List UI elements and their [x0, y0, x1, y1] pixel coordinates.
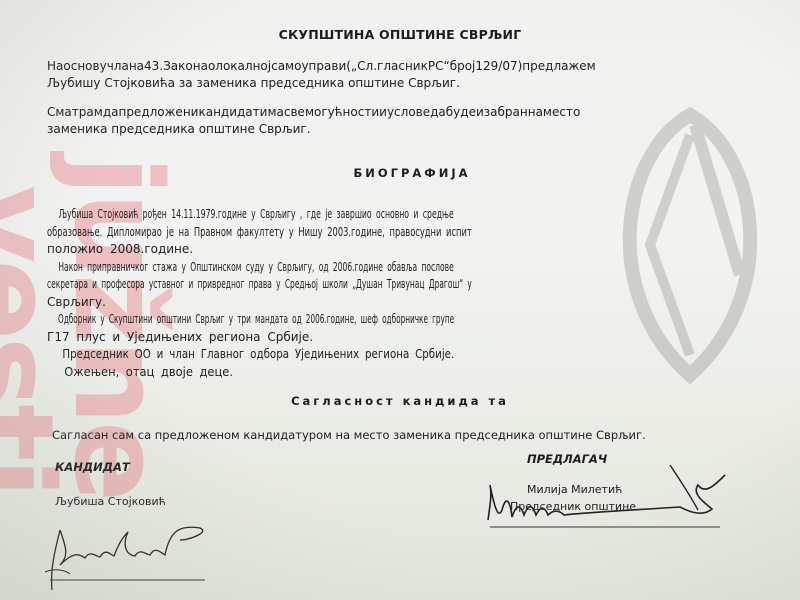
- biography-line: Председник ОО и члан Главног одбора Ујед…: [47, 346, 411, 364]
- assessment-line-1: Сматрамдапредложеникандидатимасвемогућно…: [47, 104, 472, 121]
- word: има: [260, 104, 284, 121]
- consent-statement: Сагласан сам са предложеном кандидатуром…: [52, 428, 646, 442]
- biography-line: положио 2008.године.: [47, 241, 472, 259]
- proposer-label: ПРЕДЛАГАЧ: [527, 452, 607, 466]
- biography-line: Одборник у Скупштини општини Сврљиг у тр…: [47, 311, 306, 329]
- candidate-label: КАНДИДАТ: [55, 460, 130, 474]
- word: све: [284, 104, 305, 121]
- word: кандидат: [198, 104, 259, 121]
- document-page: СКУПШТИНА ОПШТИНЕ СВРЉИГ Наосновучлана43…: [0, 0, 800, 600]
- word: на: [528, 104, 543, 121]
- word: и: [379, 104, 387, 121]
- document-title: СКУПШТИНА ОПШТИНЕ СВРЉИГ: [0, 27, 800, 42]
- word: 43.: [144, 58, 163, 75]
- biography-line: образовање. Дипломирао је на Правном фак…: [47, 224, 341, 242]
- biography-line: Сврљигу.: [47, 294, 472, 312]
- word: основу: [63, 58, 106, 75]
- proposer-role: Председник општине: [510, 500, 636, 513]
- word: предлажем: [522, 58, 595, 75]
- word: предложени: [118, 104, 198, 121]
- consent-heading: Сагласност кандида та: [0, 394, 800, 408]
- word: члана: [107, 58, 144, 75]
- biography-heading: БИОГРАФИЈА: [12, 166, 800, 180]
- assessment-paragraph: Сматрамдапредложеникандидатимасвемогућно…: [47, 104, 472, 138]
- proposer-name: Милија Милетић: [527, 483, 622, 496]
- word: Закона: [163, 58, 208, 75]
- word: могућности: [305, 104, 379, 121]
- candidate-name: Љубиша Стојковић: [55, 495, 166, 508]
- word: место: [543, 104, 580, 121]
- biography-line: Љубиша Стојковић рођен 14.11.1979.године…: [47, 206, 320, 224]
- word: 129/07): [475, 58, 522, 75]
- biography-line: Г17 плус и Уједињених региона Србије.: [47, 329, 472, 347]
- word: услове: [387, 104, 430, 121]
- word: да: [430, 104, 446, 121]
- word: РС“: [428, 58, 450, 75]
- biography-body: Љубиша Стојковић рођен 14.11.1979.године…: [47, 206, 472, 381]
- word: изабран: [476, 104, 528, 121]
- word: број: [450, 58, 476, 75]
- intro-paragraph: Наосновучлана43.Законаолокалнојсамоуправ…: [47, 58, 472, 92]
- assessment-line-2: заменика председника општине Сврљиг.: [47, 121, 472, 138]
- word: да: [103, 104, 119, 121]
- biography-line: секретара и професора уставног и привред…: [47, 276, 312, 294]
- biography-line: Након приправничког стажа у Општинском с…: [47, 259, 315, 277]
- word: На: [47, 58, 63, 75]
- word: самоуправи: [271, 58, 346, 75]
- word: Сматрам: [47, 104, 103, 121]
- intro-line-1: Наосновучлана43.Законаолокалнојсамоуправ…: [47, 58, 472, 75]
- word: буде: [446, 104, 476, 121]
- word: локалној: [215, 58, 271, 75]
- intro-line-2: Љубишу Стојковића за заменика председник…: [47, 75, 472, 92]
- word: („Сл.гласник: [346, 58, 428, 75]
- word: о: [208, 58, 215, 75]
- biography-line: Ожењен, отац двоје деце.: [47, 364, 454, 382]
